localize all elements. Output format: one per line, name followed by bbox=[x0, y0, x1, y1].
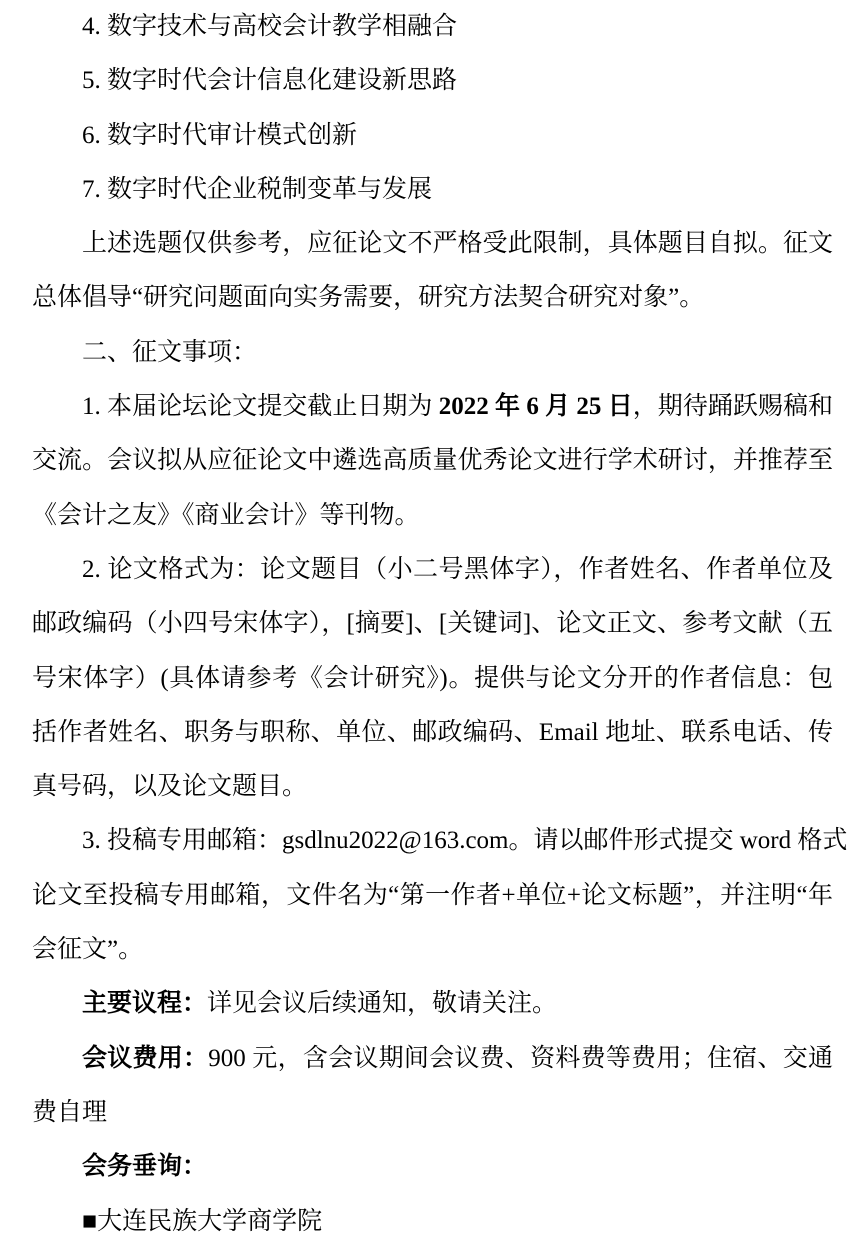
deadline-line-2: 交流。会议拟从应征论文中遴选高质量优秀论文进行学术研讨，并推荐至 bbox=[32, 434, 833, 488]
agenda-line: 主要议程：详见会议后续通知，敬请关注。 bbox=[32, 977, 833, 1031]
agenda-label: 主要议程： bbox=[82, 990, 207, 1017]
fee-label: 会议费用： bbox=[82, 1045, 208, 1072]
paper-format-line-1: 2. 论文格式为：论文题目（小二号黑体字），作者姓名、作者单位及 bbox=[32, 543, 833, 597]
paper-format-line-4: 括作者姓名、职务与职称、单位、邮政编码、Email 地址、联系电话、传 bbox=[32, 706, 833, 760]
fee-line-2: 费自理 bbox=[32, 1086, 833, 1140]
fee-line-1: 会议费用：900 元，含会议期间会议费、资料费等费用；住宿、交通 bbox=[32, 1032, 833, 1086]
deadline-date-bold: 2022 年 6 月 25 日 bbox=[439, 393, 633, 420]
paper-format-line-3: 号宋体字）(具体请参考《会计研究》)。提供与论文分开的作者信息：包 bbox=[32, 652, 833, 706]
paper-format-line-2: 邮政编码（小四号宋体字），[摘要]、[关键词]、论文正文、参考文献（五 bbox=[32, 597, 833, 651]
topic-item-4: 4. 数字技术与高校会计教学相融合 bbox=[32, 0, 833, 54]
topic-item-7: 7. 数字时代企业税制变革与发展 bbox=[32, 163, 833, 217]
deadline-line-3: 《会计之友》《商业会计》等刊物。 bbox=[32, 489, 833, 543]
submission-email-line-2: 论文至投稿专用邮箱，文件名为“第一作者+单位+论文标题”，并注明“年 bbox=[32, 869, 833, 923]
submission-email-line-1: 3. 投稿专用邮箱：gsdlnu2022@163.com。请以邮件形式提交 wo… bbox=[32, 814, 833, 868]
inquiry-heading: 会务垂询： bbox=[32, 1140, 833, 1194]
organizer-line: ■大连民族大学商学院 bbox=[32, 1195, 833, 1247]
agenda-text: 详见会议后续通知，敬请关注。 bbox=[207, 990, 557, 1017]
document-page: 4. 数字技术与高校会计教学相融合 5. 数字时代会计信息化建设新思路 6. 数… bbox=[0, 0, 861, 1247]
organizer-name: 大连民族大学商学院 bbox=[97, 1208, 322, 1235]
section-heading-call-for-papers: 二、征文事项： bbox=[32, 326, 833, 380]
deadline-line-1: 1. 本届论坛论文提交截止日期为 2022 年 6 月 25 日，期待踊跃赐稿和 bbox=[32, 380, 833, 434]
paper-format-line-5: 真号码，以及论文题目。 bbox=[32, 760, 833, 814]
black-square-bullet: ■ bbox=[82, 1208, 97, 1235]
deadline-prefix-text: 1. 本届论坛论文提交截止日期为 bbox=[82, 393, 439, 420]
topic-item-6: 6. 数字时代审计模式创新 bbox=[32, 109, 833, 163]
deadline-suffix-text: ，期待踊跃赐稿和 bbox=[633, 393, 833, 420]
submission-email-line-3: 会征文”。 bbox=[32, 923, 833, 977]
topic-item-5: 5. 数字时代会计信息化建设新思路 bbox=[32, 54, 833, 108]
topics-note-line-2: 总体倡导“研究问题面向实务需要，研究方法契合研究对象”。 bbox=[32, 271, 833, 325]
fee-text: 900 元，含会议期间会议费、资料费等费用；住宿、交通 bbox=[208, 1045, 833, 1072]
topics-note-line-1: 上述选题仅供参考，应征论文不严格受此限制，具体题目自拟。征文 bbox=[32, 217, 833, 271]
